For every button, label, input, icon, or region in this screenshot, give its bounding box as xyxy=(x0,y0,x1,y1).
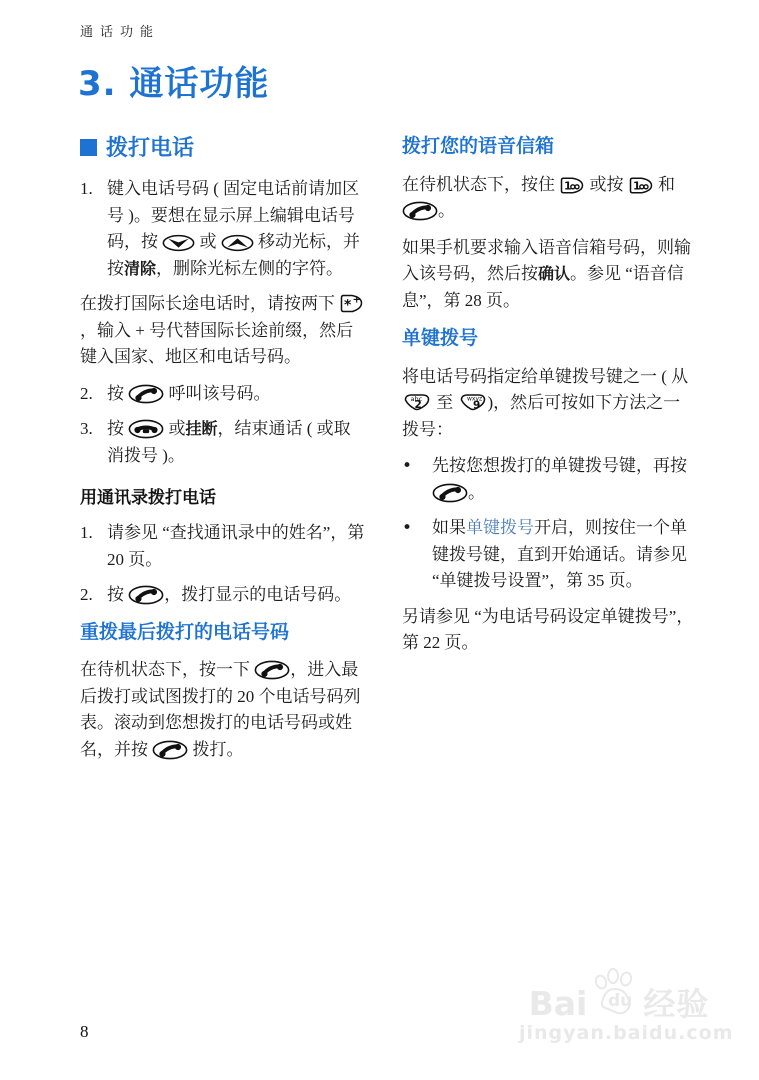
step-note: 在拨打国际长途电话时，请按两下 *+，输入 + 号代替国际长途前缀，然后键入国家… xyxy=(80,291,366,371)
step-number: 2. xyxy=(80,381,107,408)
one-voicemail-key-icon: 1 xyxy=(559,172,585,199)
left-column: 拨打电话 1. 键入电话号码 ( 固定电话前请加区号 )。要想在显示屏上编辑电话… xyxy=(80,132,366,773)
section-heading-dialing: 拨打电话 xyxy=(80,132,366,166)
voicemail-paragraph-1: 在待机状态下，按住 1 或按 1 和 。 xyxy=(402,172,696,225)
step-number: 1. xyxy=(80,520,107,573)
see-also-paragraph: 另请参见 “为电话号码设定单键拨号”，第 22 页。 xyxy=(402,604,696,657)
step-item: 3. 按 或挂断，结束通话 ( 或取消拨号 )。 xyxy=(80,416,366,469)
star-plus-key-icon: *+ xyxy=(339,291,364,318)
bold-term: 挂断 xyxy=(186,419,218,438)
call-key-icon xyxy=(402,198,438,225)
watermark-brand-left: Bai xyxy=(529,987,588,1020)
svg-text:*: * xyxy=(344,298,352,314)
end-key-icon xyxy=(128,416,164,443)
two-column-layout: 拨打电话 1. 键入电话号码 ( 固定电话前请加区号 )。要想在显示屏上编辑电话… xyxy=(80,132,696,773)
one-voicemail-key-icon: 1 xyxy=(628,172,654,199)
step-number: 1. xyxy=(80,176,107,282)
step-text: 按 或挂断，结束通话 ( 或取消拨号 )。 xyxy=(107,416,366,469)
call-key-icon xyxy=(152,737,188,764)
svg-text:9: 9 xyxy=(473,400,480,412)
step-text: 按 ，拨打显示的电话号码。 xyxy=(107,582,366,609)
subsection-heading-contacts: 用通讯录拨打电话 xyxy=(80,485,366,512)
voicemail-paragraph-2: 如果手机要求输入语音信箱号码，则输入该号码，然后按确认。参见 “语音信息”，第 … xyxy=(402,235,696,315)
step-number: 3. xyxy=(80,416,107,469)
bold-term: 确认 xyxy=(538,264,570,283)
right-column: 拨打您的语音信箱 在待机状态下，按住 1 或按 1 和 。 如果手机要求输入语音… xyxy=(402,132,696,773)
running-header: 通话功能 xyxy=(80,21,160,40)
bullet-text: 如果单键拨号开启，则按住一个单键拨号键，直到开始通话。请参见 “单键拨号设置”，… xyxy=(432,515,696,595)
redial-paragraph: 在待机状态下，按一下 ，进入最后拨打或试图拨打的 20 个电话号码列表。滚动到您… xyxy=(80,657,366,763)
baidu-jingyan-watermark: Bai du 经验 jingyan.baidu.com xyxy=(519,968,719,1044)
bullet-text: 先按您想拨打的单键拨号键，再按 。 xyxy=(432,453,696,506)
page-number: 8 xyxy=(80,1022,89,1042)
svg-text:2: 2 xyxy=(415,399,422,411)
section-heading-speed-dial: 单键拨号 xyxy=(402,324,696,354)
step-item: 2. 按 呼叫该号码。 xyxy=(80,381,366,408)
menu-term-link: 单键拨号 xyxy=(466,518,534,537)
step-text: 按 呼叫该号码。 xyxy=(107,381,366,408)
manual-page: 通话功能 3. 通话功能 拨打电话 1. 键入电话号码 ( 固定电话前请加区号 … xyxy=(0,0,759,1080)
speed-dial-intro: 将电话号码指定给单键拨号键之一 ( 从 abc2 至 wxyz9)，然后可按如下… xyxy=(402,364,696,444)
watermark-logo-row: Bai du 经验 xyxy=(519,968,719,1020)
bullet-marker: • xyxy=(402,453,432,506)
step-text: 键入电话号码 ( 固定电话前请加区号 )。要想在显示屏上编辑电话号码，按 或 移… xyxy=(107,176,366,282)
step-item: 2. 按 ，拨打显示的电话号码。 xyxy=(80,582,366,609)
bold-term: 清除 xyxy=(124,259,156,278)
watermark-url: jingyan.baidu.com xyxy=(519,1022,719,1044)
nine-wxyz-key-icon: wxyz9 xyxy=(458,390,488,417)
step-item: 1. 键入电话号码 ( 固定电话前请加区号 )。要想在显示屏上编辑电话号码，按 … xyxy=(80,176,366,282)
baidu-paw-icon: du xyxy=(589,968,641,1020)
svg-text:+: + xyxy=(353,295,361,306)
step-text: 请参见 “查找通讯录中的姓名”，第 20 页。 xyxy=(107,520,366,573)
call-key-icon xyxy=(128,582,164,609)
section-heading-voicemail: 拨打您的语音信箱 xyxy=(402,132,696,162)
section-heading-dialing-label: 拨打电话 xyxy=(106,136,194,161)
scroll-down-key-icon xyxy=(162,229,195,256)
step-item: 1. 请参见 “查找通讯录中的姓名”，第 20 页。 xyxy=(80,520,366,573)
scroll-up-key-icon xyxy=(221,229,254,256)
call-key-icon xyxy=(254,657,290,684)
chapter-title: 3. 通话功能 xyxy=(78,56,269,105)
svg-text:du: du xyxy=(608,991,632,1011)
two-abc-key-icon: abc2 xyxy=(402,390,432,417)
bullet-marker: • xyxy=(402,515,432,595)
bullet-item: • 先按您想拨打的单键拨号键，再按 。 xyxy=(402,453,696,506)
bullet-item: • 如果单键拨号开启，则按住一个单键拨号键，直到开始通话。请参见 “单键拨号设置… xyxy=(402,515,696,595)
call-key-icon xyxy=(432,480,468,507)
step-number: 2. xyxy=(80,582,107,609)
blue-square-marker xyxy=(80,139,97,156)
section-heading-redial: 重拨最后拨打的电话号码 xyxy=(80,618,366,648)
call-key-icon xyxy=(128,381,164,408)
watermark-brand-cn: 经验 xyxy=(643,988,709,1020)
